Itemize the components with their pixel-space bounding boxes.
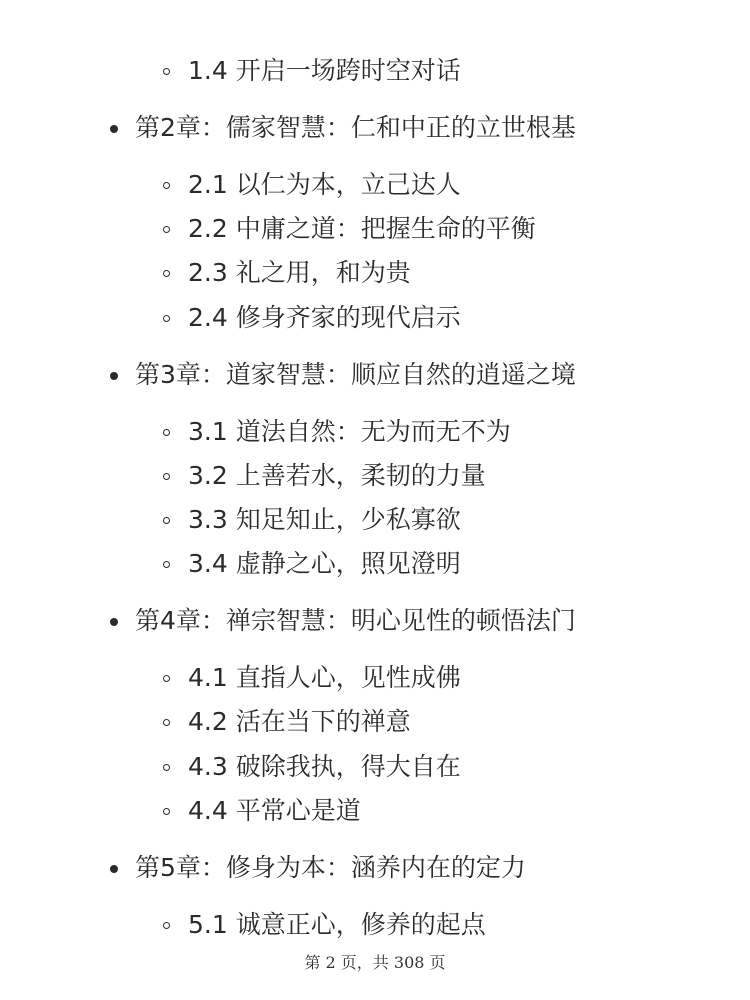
- toc-item-label: 2.4 修身齐家的现代启示: [188, 303, 461, 332]
- hollow-bullet-icon: [163, 922, 170, 929]
- toc-section-item: 4.4 平常心是道: [188, 796, 361, 826]
- toc-section-item: 2.4 修身齐家的现代启示: [188, 303, 461, 333]
- filled-bullet-icon: [110, 125, 118, 133]
- toc-item-label: 第5章：修身为本：涵养内在的定力: [135, 853, 526, 882]
- toc-item-label: 3.1 道法自然：无为而无不为: [188, 417, 511, 446]
- toc-section-item: 3.2 上善若水，柔韧的力量: [188, 461, 486, 491]
- toc-item-label: 第4章：禅宗智慧：明心见性的顿悟法门: [135, 606, 576, 635]
- toc-item-label: 第3章：道家智慧：顺应自然的逍遥之境: [135, 360, 576, 389]
- toc-section-item: 3.1 道法自然：无为而无不为: [188, 417, 511, 447]
- toc-chapter-item: 第4章：禅宗智慧：明心见性的顿悟法门: [135, 606, 576, 636]
- toc-item-label: 第2章：儒家智慧：仁和中正的立世根基: [135, 113, 576, 142]
- toc-item-label: 4.2 活在当下的禅意: [188, 707, 411, 736]
- hollow-bullet-icon: [163, 473, 170, 480]
- toc-section-item: 2.3 礼之用，和为贵: [188, 258, 411, 288]
- hollow-bullet-icon: [163, 315, 170, 322]
- toc-item-label: 3.4 虚静之心，照见澄明: [188, 549, 461, 578]
- hollow-bullet-icon: [163, 68, 170, 75]
- hollow-bullet-icon: [163, 764, 170, 771]
- toc-item-label: 2.1 以仁为本，立己达人: [188, 170, 461, 199]
- hollow-bullet-icon: [163, 808, 170, 815]
- toc-chapter-item: 第5章：修身为本：涵养内在的定力: [135, 853, 526, 883]
- hollow-bullet-icon: [163, 517, 170, 524]
- toc-section-item: 5.1 诚意正心，修养的起点: [188, 910, 486, 940]
- hollow-bullet-icon: [163, 270, 170, 277]
- toc-item-label: 2.2 中庸之道：把握生命的平衡: [188, 214, 536, 243]
- hollow-bullet-icon: [163, 226, 170, 233]
- page-number-footer: 第 2 页，共 308 页: [0, 950, 750, 973]
- toc-item-label: 4.1 直指人心，见性成佛: [188, 663, 461, 692]
- toc-item-label: 4.3 破除我执，得大自在: [188, 752, 461, 781]
- toc-item-label: 5.1 诚意正心，修养的起点: [188, 910, 486, 939]
- toc-section-item: 4.3 破除我执，得大自在: [188, 752, 461, 782]
- hollow-bullet-icon: [163, 182, 170, 189]
- toc-section-item: 4.2 活在当下的禅意: [188, 707, 411, 737]
- toc-item-label: 3.3 知足知止，少私寡欲: [188, 505, 461, 534]
- toc-section-item: 3.3 知足知止，少私寡欲: [188, 505, 461, 535]
- hollow-bullet-icon: [163, 675, 170, 682]
- hollow-bullet-icon: [163, 719, 170, 726]
- toc-chapter-item: 第2章：儒家智慧：仁和中正的立世根基: [135, 113, 576, 143]
- toc-section-item: 2.1 以仁为本，立己达人: [188, 170, 461, 200]
- filled-bullet-icon: [110, 618, 118, 626]
- toc-section-item: 2.2 中庸之道：把握生命的平衡: [188, 214, 536, 244]
- filled-bullet-icon: [110, 865, 118, 873]
- toc-item-label: 1.4 开启一场跨时空对话: [188, 56, 461, 85]
- toc-item-label: 2.3 礼之用，和为贵: [188, 258, 411, 287]
- toc-section-item: 4.1 直指人心，见性成佛: [188, 663, 461, 693]
- filled-bullet-icon: [110, 372, 118, 380]
- toc-item-label: 3.2 上善若水，柔韧的力量: [188, 461, 486, 490]
- toc-section-item: 1.4 开启一场跨时空对话: [188, 56, 461, 86]
- toc-section-item: 3.4 虚静之心，照见澄明: [188, 549, 461, 579]
- toc-chapter-item: 第3章：道家智慧：顺应自然的逍遥之境: [135, 360, 576, 390]
- toc-item-label: 4.4 平常心是道: [188, 796, 361, 825]
- hollow-bullet-icon: [163, 561, 170, 568]
- hollow-bullet-icon: [163, 429, 170, 436]
